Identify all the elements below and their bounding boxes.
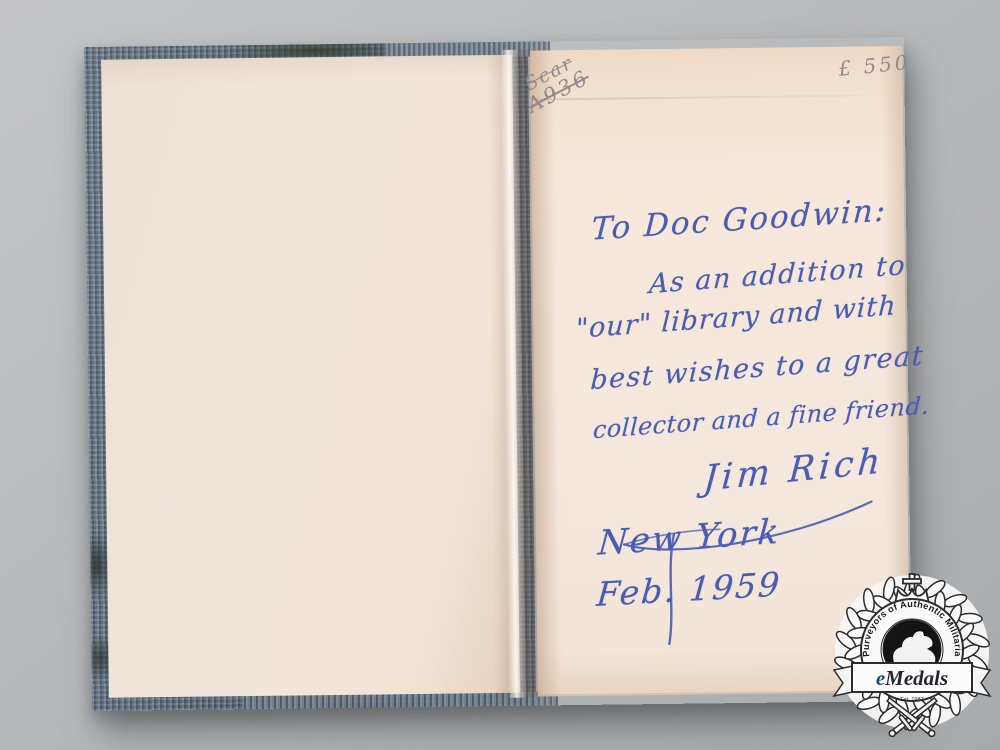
established-text: Est. 1987: [900, 697, 923, 703]
emedals-watermark-seal: Purveyors of Authentic Militaria eMedals…: [812, 552, 1000, 750]
brand-letter-e: e: [876, 666, 885, 690]
open-book: Scar A936 £ 550 To Doc Goodwin: As an ad…: [84, 37, 912, 711]
page-gutter: [486, 49, 560, 698]
book-photo: { "pencil": { "catalog_line1": "Scar", "…: [0, 0, 1000, 750]
left-endpaper-page: [101, 55, 520, 698]
brand-banner: eMedals: [834, 663, 990, 696]
brand-wordmark: eMedals: [876, 666, 948, 690]
